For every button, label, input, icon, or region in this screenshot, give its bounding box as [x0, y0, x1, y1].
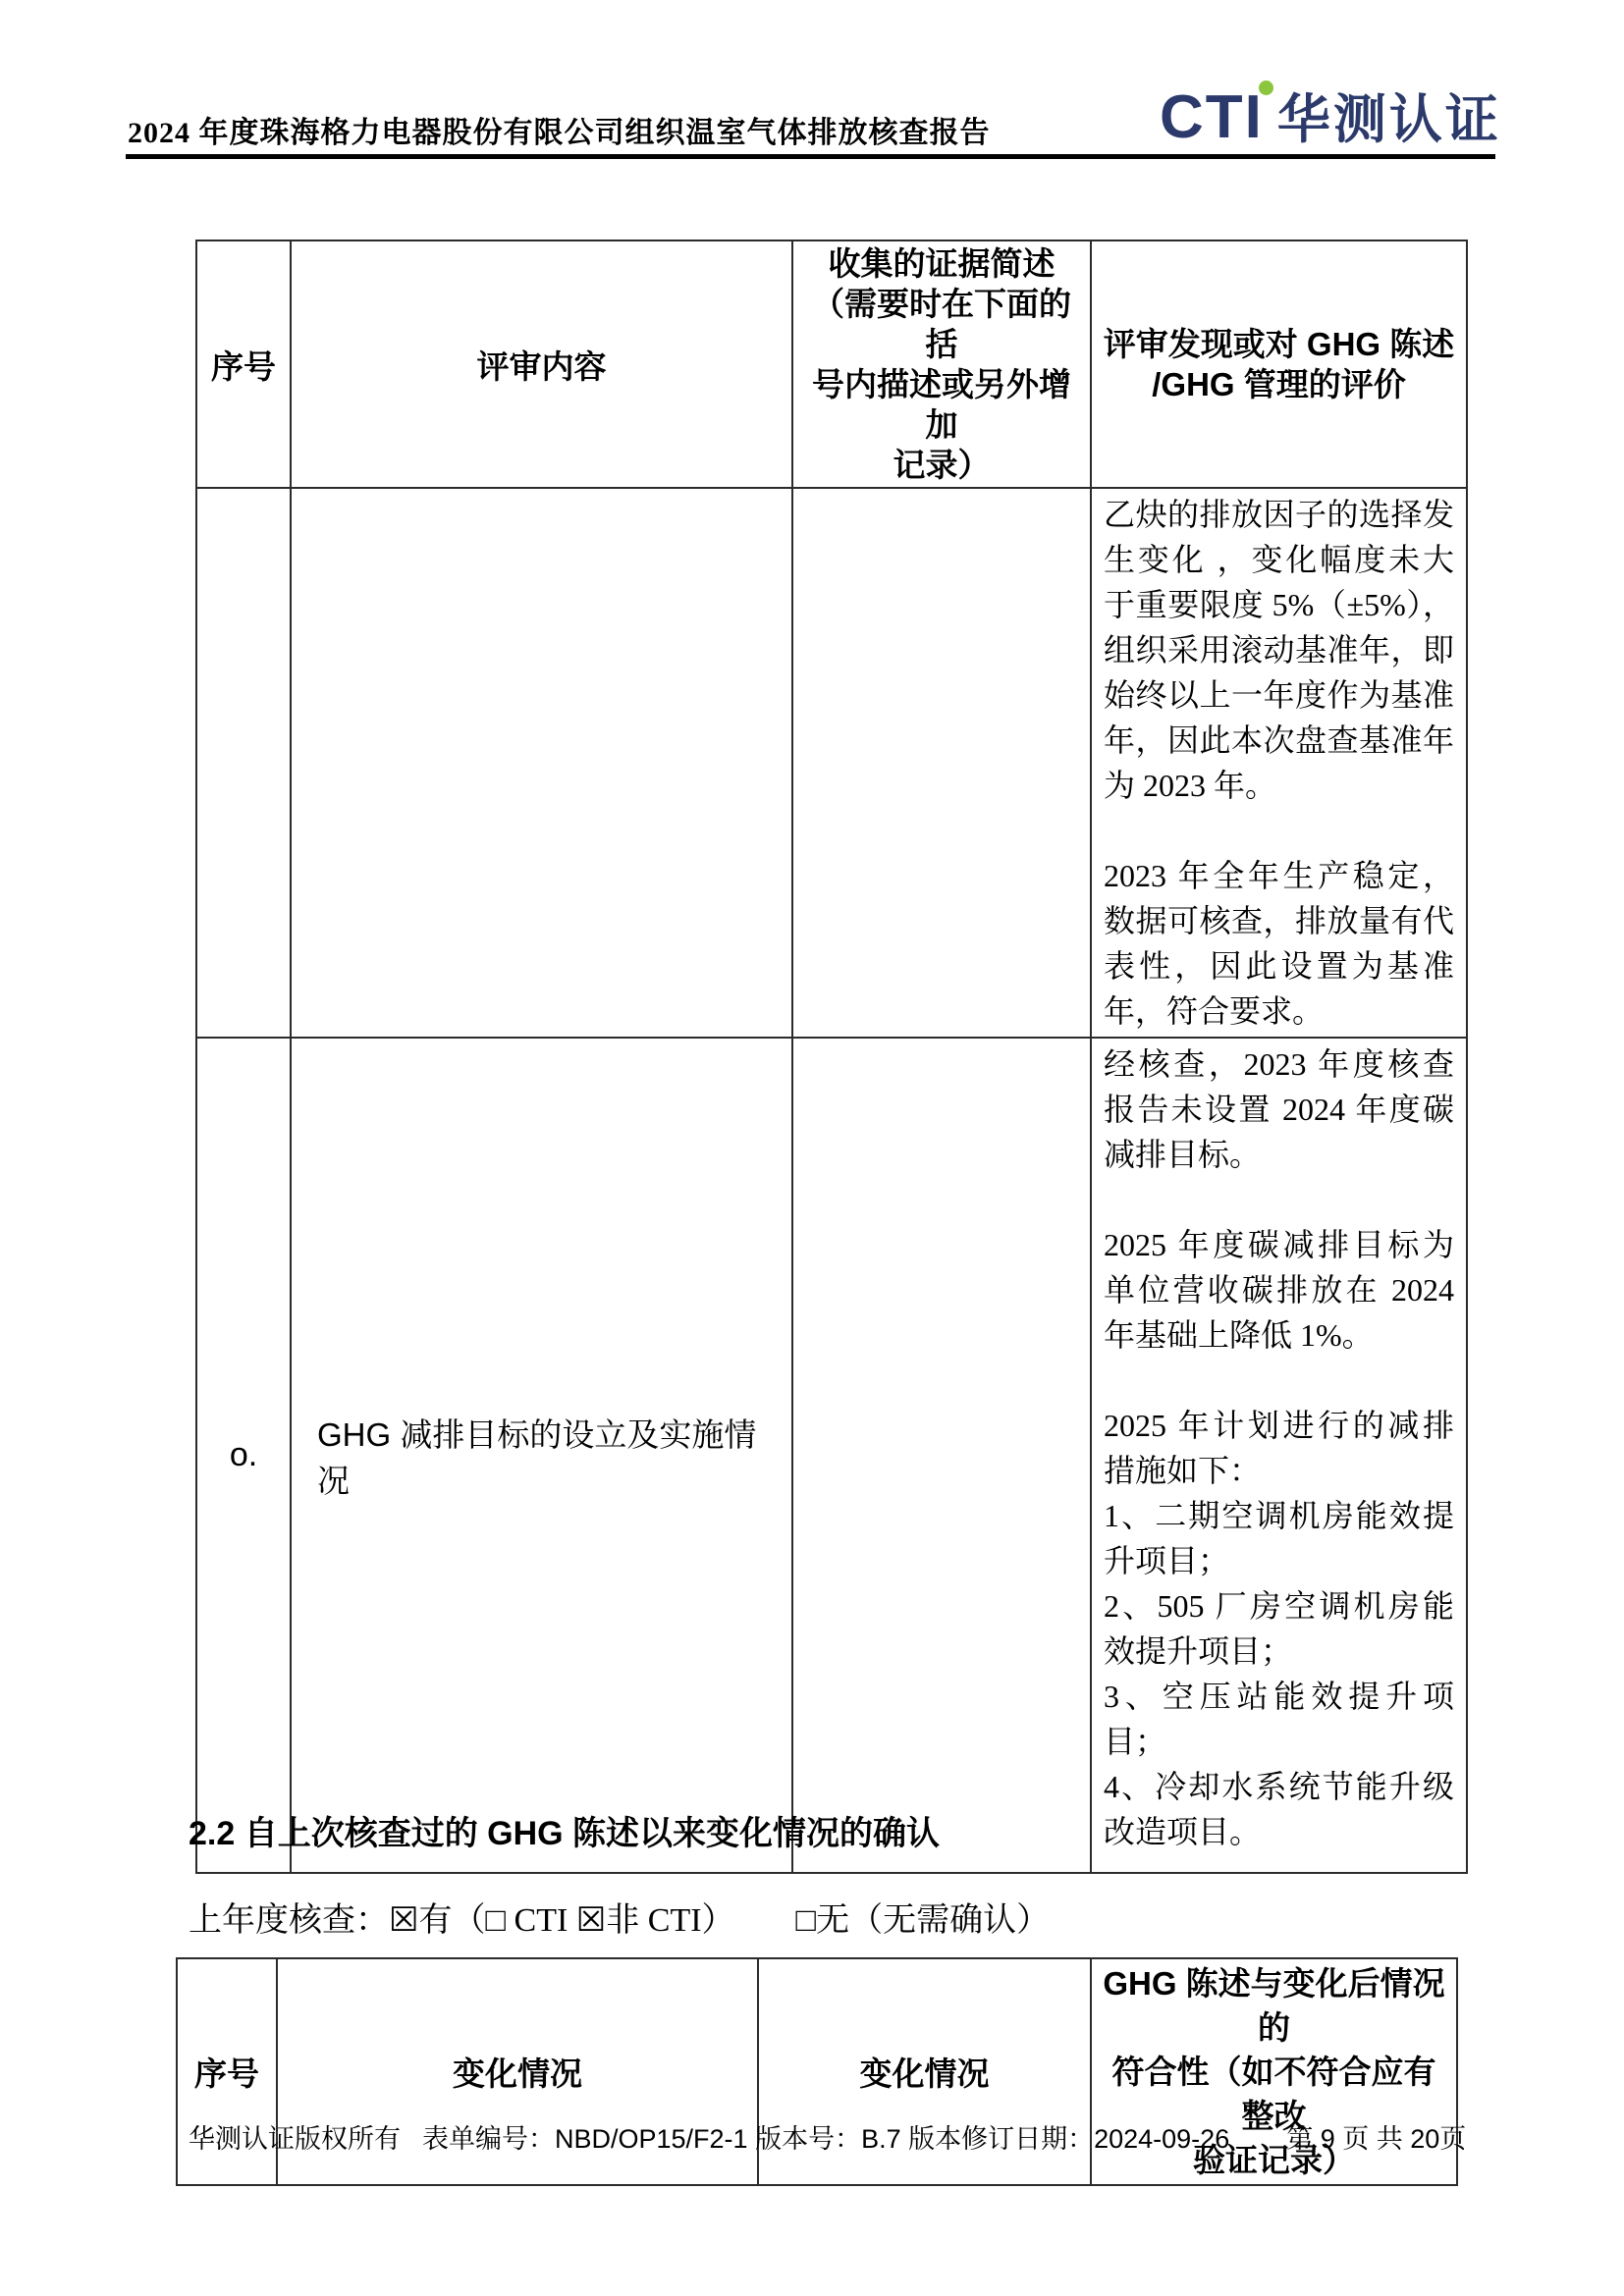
row2-evidence-cell — [792, 1038, 1091, 1873]
review-row-baseline-year: 乙炔的排放因子的选择发生变化 ，变化幅度未大于重要限度 5%（±5%），组织采用… — [196, 488, 1467, 1038]
document-title: 2024 年度珠海格力电器股份有限公司组织温室气体排放核查报告 — [128, 108, 991, 151]
row1-finding-cell: 乙炔的排放因子的选择发生变化 ，变化幅度未大于重要限度 5%（±5%），组织采用… — [1091, 488, 1467, 1038]
section-2-2-heading: 2.2 自上次核查过的 GHG 陈述以来变化情况的确认 — [189, 1806, 940, 1854]
page-footer: 华测认证版权所有表单编号：NBD/OP15/F2-1 版本号：B.7 版本修订日… — [189, 2117, 1466, 2156]
review-table: 序号 评审内容 收集的证据简述（需要时在下面的括号内描述或另外增加记录） 评审发… — [195, 240, 1468, 1874]
row2-seq-cell: o. — [196, 1038, 291, 1873]
header-divider — [126, 154, 1495, 159]
review-header-seq: 序号 — [196, 240, 291, 488]
review-header-finding: 评审发现或对 GHG 陈述/GHG 管理的评价 — [1091, 240, 1467, 488]
cti-logo-chinese: 华测认证 — [1277, 90, 1501, 149]
previous-verification-line: 上年度核查：☒有（□ CTI ☒非 CTI）□无（无需确认） — [189, 1893, 1050, 1941]
footer-page-number: 第 9 页 共 20页 — [1286, 2124, 1466, 2154]
previous-verification-option-no: □无（无需确认） — [796, 1902, 1051, 1939]
cti-logo-text: CTI — [1160, 83, 1264, 151]
footer-form-info: 表单编号：NBD/OP15/F2-1 版本号：B.7 版本修订日期：2024-0… — [422, 2124, 1229, 2154]
footer-copyright: 华测认证版权所有 — [189, 2124, 401, 2154]
review-header-content: 评审内容 — [291, 240, 792, 488]
review-row-ghg-target: o. GHG 减排目标的设立及实施情况 经核查，2023 年度核查报告未设置 2… — [196, 1038, 1467, 1873]
review-header-evidence: 收集的证据简述（需要时在下面的括号内描述或另外增加记录） — [792, 240, 1091, 488]
cti-logo: CTI华测认证 — [1160, 82, 1501, 155]
row1-evidence-cell — [792, 488, 1091, 1038]
row2-content-cell: GHG 减排目标的设立及实施情况 — [291, 1038, 792, 1873]
previous-verification-label: 上年度核查： — [189, 1902, 389, 1939]
row1-seq-cell — [196, 488, 291, 1038]
cti-logo-green-dot-icon — [1259, 80, 1273, 95]
row1-content-cell — [291, 488, 792, 1038]
report-page: 2024 年度珠海格力电器股份有限公司组织温室气体排放核查报告 CTI华测认证 … — [0, 0, 1624, 2296]
previous-verification-option-yes: ☒有（□ CTI ☒非 CTI） — [389, 1902, 735, 1939]
review-table-header-row: 序号 评审内容 收集的证据简述（需要时在下面的括号内描述或另外增加记录） 评审发… — [196, 240, 1467, 488]
row2-finding-cell: 经核查，2023 年度核查报告未设置 2024 年度碳减排目标。 2025 年度… — [1091, 1038, 1467, 1873]
